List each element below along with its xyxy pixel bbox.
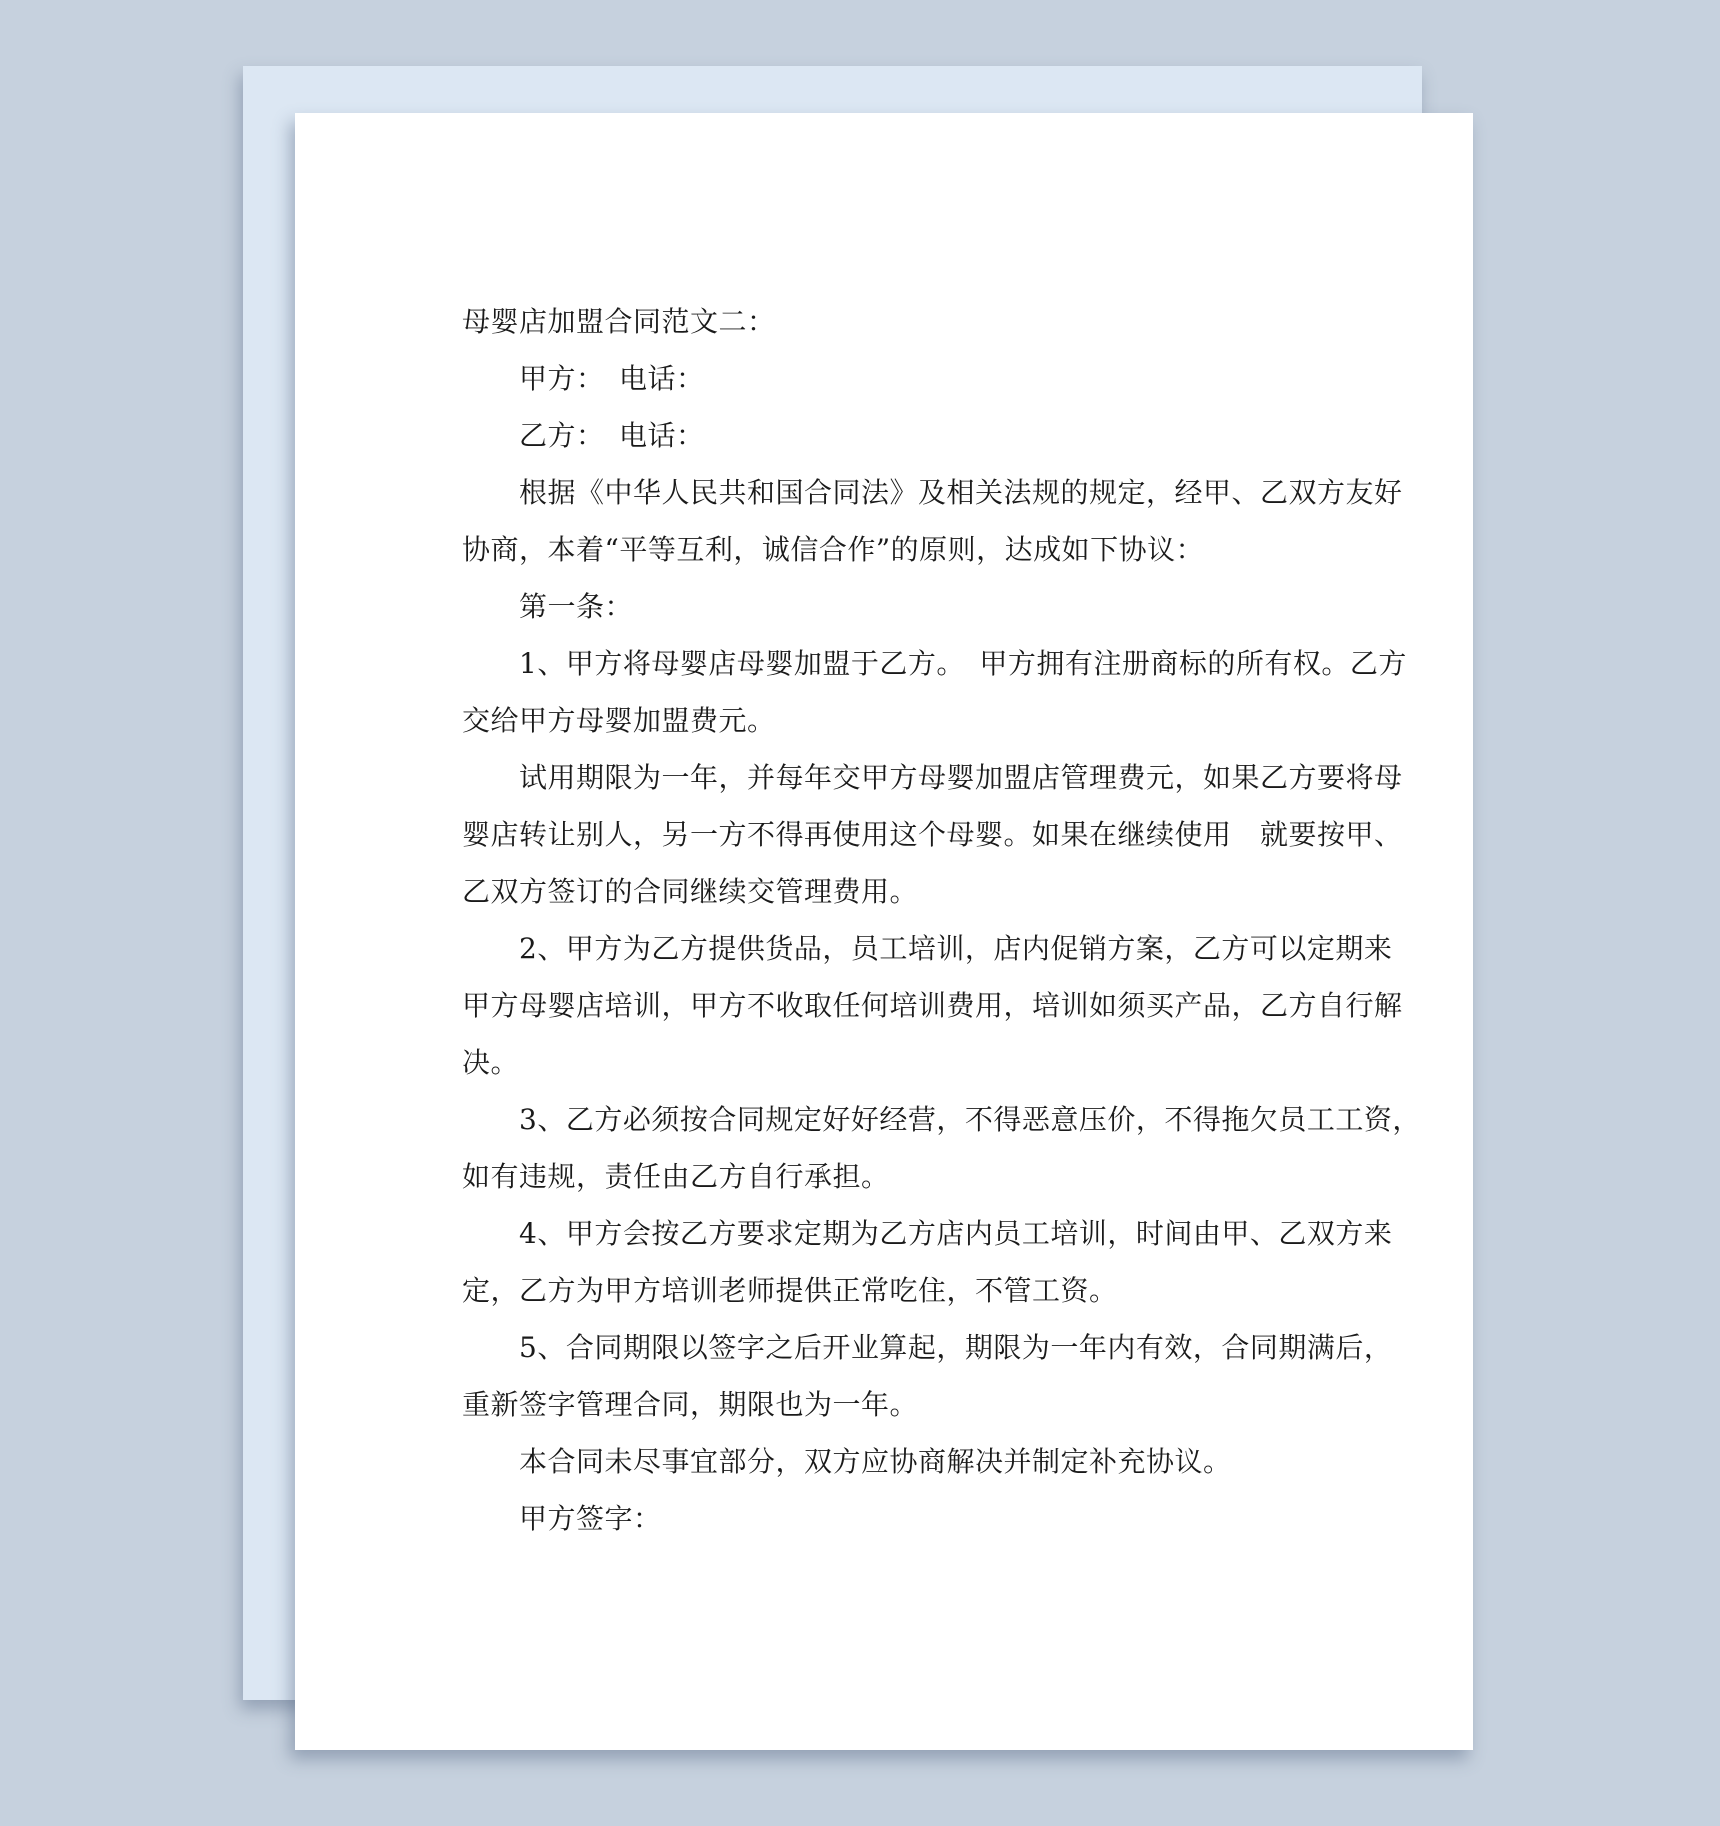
contract-line: 4、甲方会按乙方要求定期为乙方店内员工培训，时间由甲、乙双方来 [462,1205,1433,1262]
contract-line: 决。 [462,1034,1433,1091]
contract-line: 3、乙方必须按合同规定好好经营，不得恶意压价，不得拖欠员工工资， [462,1091,1433,1148]
contract-line: 甲方母婴店培训，甲方不收取任何培训费用，培训如须买产品，乙方自行解 [462,977,1433,1034]
clause-heading: 第一条： [462,578,1433,635]
contract-line: 交给甲方母婴加盟费元。 [462,692,1433,749]
contract-line: 试用期限为一年，并每年交甲方母婴加盟店管理费元，如果乙方要将母 [462,749,1433,806]
contract-line: 乙双方签订的合同继续交管理费用。 [462,863,1433,920]
contract-line: 重新签字管理合同，期限也为一年。 [462,1376,1433,1433]
contract-line: 1、甲方将母婴店母婴加盟于乙方。 甲方拥有注册商标的所有权。乙方 [462,635,1433,692]
contract-page: 母婴店加盟合同范文二： 甲方： 电话： 乙方： 电话： 根据《中华人民共和国合同… [295,113,1473,1750]
party-b-line: 乙方： 电话： [462,407,1433,464]
contract-line: 2、甲方为乙方提供货品，员工培训，店内促销方案，乙方可以定期来 [462,920,1433,977]
document-title: 母婴店加盟合同范文二： [462,293,1433,350]
party-a-line: 甲方： 电话： [462,350,1433,407]
contract-text: 母婴店加盟合同范文二： 甲方： 电话： 乙方： 电话： 根据《中华人民共和国合同… [462,293,1433,1547]
contract-line: 协商，本着“平等互利，诚信合作”的原则，达成如下协议： [462,521,1433,578]
contract-line: 婴店转让别人，另一方不得再使用这个母婴。如果在继续使用 就要按甲、 [462,806,1433,863]
contract-line: 5、合同期限以签字之后开业算起，期限为一年内有效，合同期满后， [462,1319,1433,1376]
contract-line: 定，乙方为甲方培训老师提供正常吃住，不管工资。 [462,1262,1433,1319]
contract-line: 本合同未尽事宜部分，双方应协商解决并制定补充协议。 [462,1433,1433,1490]
contract-line: 根据《中华人民共和国合同法》及相关法规的规定，经甲、乙双方友好 [462,464,1433,521]
contract-line: 如有违规，责任由乙方自行承担。 [462,1148,1433,1205]
signature-line: 甲方签字： [462,1490,1433,1547]
